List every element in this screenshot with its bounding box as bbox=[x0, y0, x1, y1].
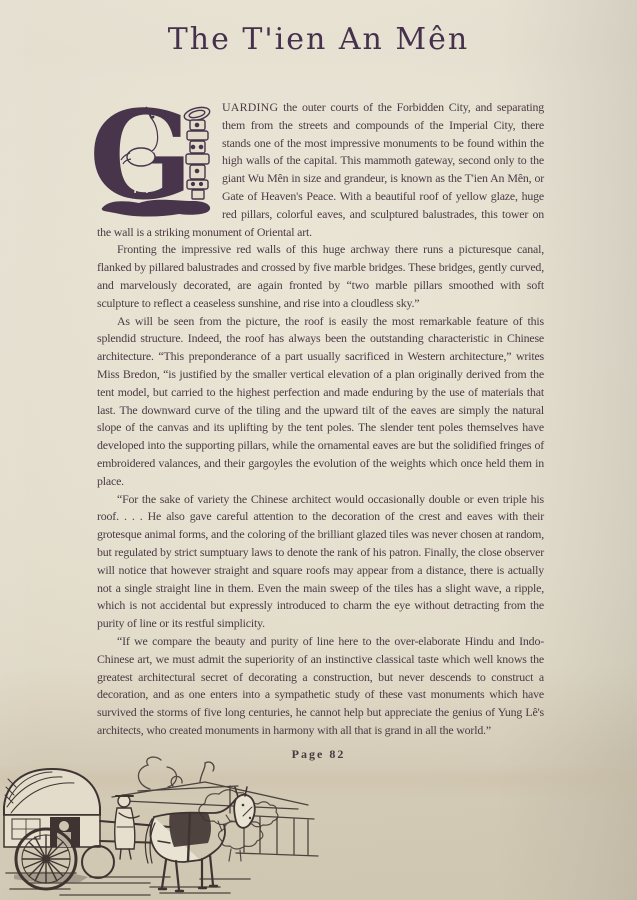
book-page: The T'ien An Mên G bbox=[0, 0, 637, 900]
paragraph-2: Fronting the impressive red walls of thi… bbox=[97, 241, 544, 312]
paragraph-5: “If we compare the beauty and purity of … bbox=[97, 633, 544, 740]
horse-cart-illustration bbox=[0, 755, 334, 900]
paragraph-3: As will be seen from the picture, the ro… bbox=[97, 313, 544, 491]
horse-cart-icon bbox=[0, 755, 334, 900]
lead-word: UARDING bbox=[222, 100, 278, 114]
drop-cap-icon: G bbox=[97, 101, 215, 219]
paragraph-4: “For the sake of variety the Chinese arc… bbox=[97, 491, 544, 633]
page-title: The T'ien An Mên bbox=[0, 22, 637, 57]
cart-driver bbox=[115, 795, 139, 859]
initial-G-crane-illustration: G bbox=[97, 101, 215, 209]
article-body: G bbox=[97, 99, 544, 740]
smoke-curls bbox=[138, 757, 182, 789]
